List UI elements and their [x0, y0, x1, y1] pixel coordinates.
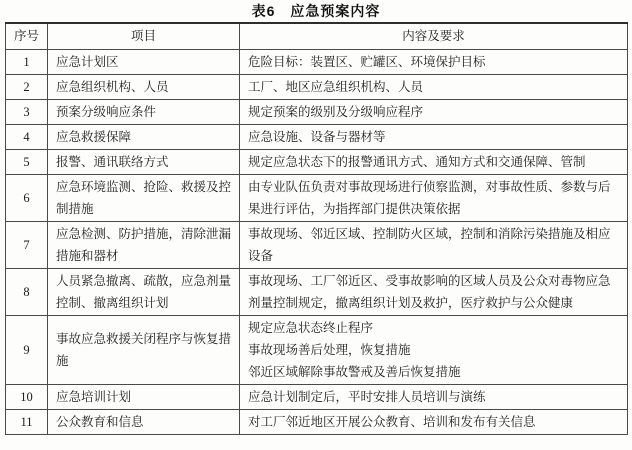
row-serial-number: 8 [6, 268, 48, 315]
row-content: 工厂、地区应急组织机构、人员 [240, 74, 628, 99]
content-line: 由专业队伍负责对事故现场进行侦察监测，对事故性质、参数与后果进行评估，为指挥部门… [248, 176, 619, 220]
content-line: 事故现场、工厂邻近区、受事故影响的区域人员及公众对毒物应急剂量控制规定，撤离组织… [248, 270, 619, 314]
row-item: 应急检测、防护措施，清除泄漏措施和器材 [48, 221, 240, 268]
row-serial-number: 1 [6, 49, 48, 74]
row-content: 危险目标：装置区、贮罐区、环境保护目标 [240, 49, 628, 74]
row-content: 事故现场、工厂邻近区、受事故影响的区域人员及公众对毒物应急剂量控制规定，撤离组织… [240, 268, 628, 315]
table-header: 序号 项目 内容及要求 [6, 23, 628, 49]
table-row: 4应急救援保障应急设施、设备与器材等 [6, 124, 628, 149]
table-row: 7应急检测、防护措施，清除泄漏措施和器材事故现场、邻近区域、控制防火区域，控制和… [6, 221, 628, 268]
header-content-requirements: 内容及要求 [240, 23, 628, 49]
header-serial-number: 序号 [6, 23, 48, 49]
row-serial-number: 2 [6, 74, 48, 99]
table-row: 6应急环境监测、抢险、救援及控制措施由专业队伍负责对事故现场进行侦察监测，对事故… [6, 174, 628, 221]
header-row: 序号 项目 内容及要求 [6, 23, 628, 49]
row-serial-number: 10 [6, 384, 48, 409]
row-serial-number: 7 [6, 221, 48, 268]
table-row: 2应急组织机构、人员工厂、地区应急组织机构、人员 [6, 74, 628, 99]
row-item: 事故应急救援关闭程序与恢复措施 [48, 315, 240, 384]
table-row: 10应急培训计划应急计划制定后，平时安排人员培训与演练 [6, 384, 628, 409]
row-serial-number: 5 [6, 149, 48, 174]
row-serial-number: 3 [6, 99, 48, 124]
row-item: 报警、通讯联络方式 [48, 149, 240, 174]
table-row: 3预案分级响应条件规定预案的级别及分级响应程序 [6, 99, 628, 124]
header-item: 项目 [48, 23, 240, 49]
content-line: 规定应急状态下的报警通讯方式、通知方式和交通保障、管制 [248, 151, 619, 173]
table-body: 1应急计划区危险目标：装置区、贮罐区、环境保护目标2应急组织机构、人员工厂、地区… [6, 49, 628, 434]
row-content: 由专业队伍负责对事故现场进行侦察监测，对事故性质、参数与后果进行评估，为指挥部门… [240, 174, 628, 221]
content-line: 对工厂邻近地区开展公众教育、培训和发布有关信息 [248, 411, 619, 433]
row-content: 对工厂邻近地区开展公众教育、培训和发布有关信息 [240, 409, 628, 434]
row-content: 规定应急状态终止程序事故现场善后处理，恢复措施邻近区域解除事故警戒及善后恢复措施 [240, 315, 628, 384]
content-line: 邻近区域解除事故警戒及善后恢复措施 [248, 361, 619, 383]
row-item: 应急救援保障 [48, 124, 240, 149]
document-page: 表6 应急预案内容 序号 项目 内容及要求 1应急计划区危险目标：装置区、贮罐区… [0, 0, 632, 450]
content-line: 规定应急状态终止程序 [248, 317, 619, 339]
row-item: 应急计划区 [48, 49, 240, 74]
content-line: 应急计划制定后，平时安排人员培训与演练 [248, 386, 619, 408]
content-line: 工厂、地区应急组织机构、人员 [248, 76, 619, 98]
row-item: 应急组织机构、人员 [48, 74, 240, 99]
table-row: 5报警、通讯联络方式规定应急状态下的报警通讯方式、通知方式和交通保障、管制 [6, 149, 628, 174]
row-item: 人员紧急撤离、疏散，应急剂量控制、撤离组织计划 [48, 268, 240, 315]
table-row: 11公众教育和信息对工厂邻近地区开展公众教育、培训和发布有关信息 [6, 409, 628, 434]
table-row: 1应急计划区危险目标：装置区、贮罐区、环境保护目标 [6, 49, 628, 74]
row-serial-number: 11 [6, 409, 48, 434]
row-item: 公众教育和信息 [48, 409, 240, 434]
table-title: 表6 应急预案内容 [0, 3, 632, 22]
row-serial-number: 6 [6, 174, 48, 221]
content-line: 规定预案的级别及分级响应程序 [248, 101, 619, 123]
content-line: 事故现场善后处理，恢复措施 [248, 339, 619, 361]
row-serial-number: 9 [6, 315, 48, 384]
row-item: 应急环境监测、抢险、救援及控制措施 [48, 174, 240, 221]
table-row: 8人员紧急撤离、疏散，应急剂量控制、撤离组织计划事故现场、工厂邻近区、受事故影响… [6, 268, 628, 315]
content-line: 事故现场、邻近区域、控制防火区域，控制和消除污染措施及相应设备 [248, 223, 619, 267]
row-item: 应急培训计划 [48, 384, 240, 409]
row-serial-number: 4 [6, 124, 48, 149]
row-content: 规定应急状态下的报警通讯方式、通知方式和交通保障、管制 [240, 149, 628, 174]
row-content: 事故现场、邻近区域、控制防火区域，控制和消除污染措施及相应设备 [240, 221, 628, 268]
row-content: 应急设施、设备与器材等 [240, 124, 628, 149]
emergency-plan-table: 序号 项目 内容及要求 1应急计划区危险目标：装置区、贮罐区、环境保护目标2应急… [5, 22, 628, 435]
content-line: 危险目标：装置区、贮罐区、环境保护目标 [248, 51, 619, 73]
table-row: 9事故应急救援关闭程序与恢复措施规定应急状态终止程序事故现场善后处理，恢复措施邻… [6, 315, 628, 384]
content-line: 应急设施、设备与器材等 [248, 126, 619, 148]
row-content: 规定预案的级别及分级响应程序 [240, 99, 628, 124]
row-content: 应急计划制定后，平时安排人员培训与演练 [240, 384, 628, 409]
row-item: 预案分级响应条件 [48, 99, 240, 124]
